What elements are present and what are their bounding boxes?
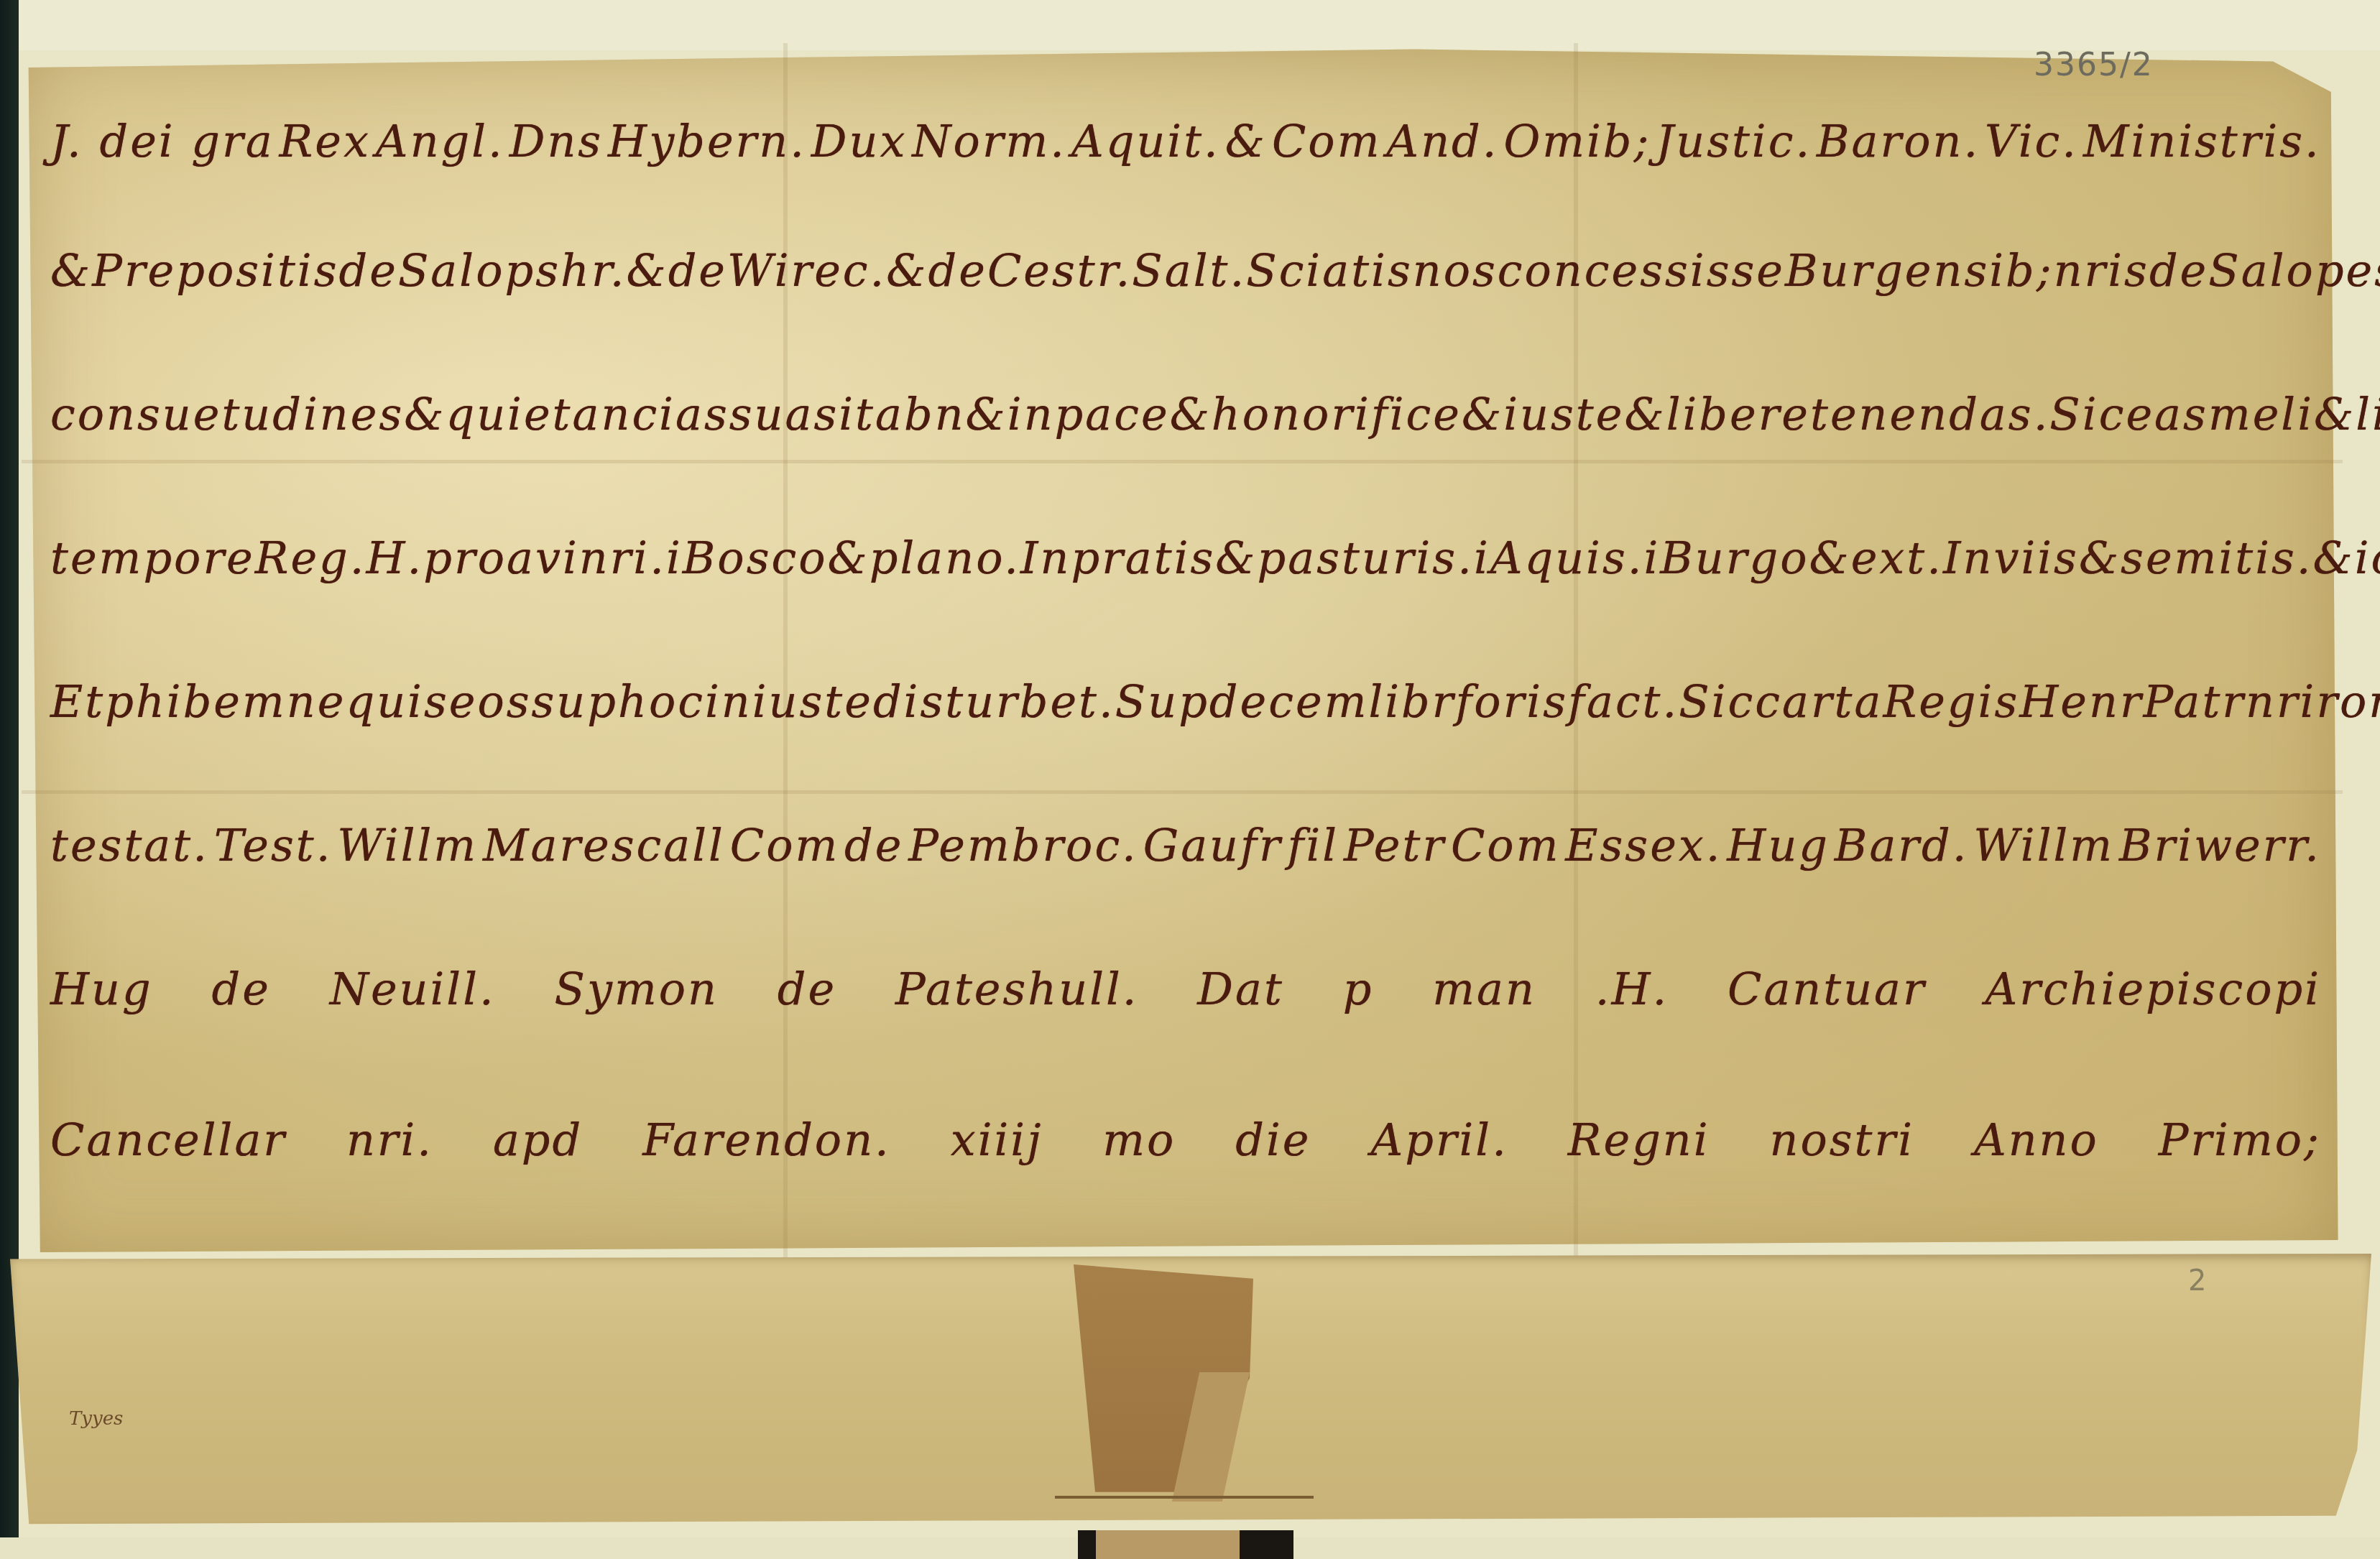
charter-word: nri. [579,532,666,584]
charter-word: tenendas. [1810,388,2049,440]
charter-word: tempore [50,532,255,584]
charter-word: Archiepiscopi [1985,963,2322,1015]
charter-word: & [1225,115,1267,167]
charter-word: pratis [1071,532,1216,584]
seal-tag-slit [1055,1496,1314,1499]
charter-word: .H. [1595,963,1669,1015]
charter-line-7: HugdeNeuill.SymondePateshull.Datpman.H.C… [50,963,2321,1015]
charter-line-1: J. dei graRexAngl.DnsHybern.DuxNorm.Aqui… [50,115,2321,167]
charter-word: H. [366,532,424,584]
charter-word: libere [1666,388,1810,440]
charter-line-8-dating-clause: Cancellarnri.apdFarendon.xiiijmodieApril… [50,1114,2321,1166]
charter-word: Hug [1727,819,1830,871]
charter-word: sup [532,675,618,728]
charter-word: Aquit. [1071,115,1220,167]
charter-word: Burgensib; [1785,244,2054,297]
charter-word: Vic. [1985,115,2078,167]
charter-word: Justic. [1656,115,1812,167]
charter-word: Petr [1344,819,1446,871]
charter-word: quis [346,675,448,728]
charter-word: Hug [50,963,153,1015]
charter-word: de [2149,244,2208,297]
charter-word: Burgo [1660,532,1809,584]
charter-word: Patr [2144,675,2246,728]
charter-word: Hybern. [608,115,806,167]
charter-word: Com [730,819,840,871]
charter-word: de [928,244,987,297]
charter-word: ita [839,388,904,440]
charter-word: hoc [618,675,705,728]
charter-word: i [2355,532,2371,584]
charter-word: nostri [1770,1114,1914,1166]
charter-word: bn [904,388,966,440]
charter-word: Willm [1973,819,2114,871]
seal-tag-end [1096,1530,1240,1559]
archive-reference-number: 3365/2 [2034,47,2154,83]
fold-crease [1574,43,1578,1264]
charter-word: xiiij [951,1114,1043,1166]
charter-word: Dat [1197,963,1284,1015]
charter-word: & [1215,532,1257,584]
charter-word: liberius [2356,388,2380,440]
charter-word: nri. [346,1114,433,1166]
charter-word: de [844,819,903,871]
charter-word: iuste [1503,388,1624,440]
charter-word: honorifice [1212,388,1462,440]
charter-word: pasturis. [1258,532,1474,584]
charter-word: Briwerr. [2119,819,2321,871]
dorse-margin-note: Tyyes [69,1408,123,1430]
charter-word: Neuill. [330,963,496,1015]
charter-word: Sup [1115,675,1209,728]
charter-word: Aquis. [1490,532,1644,584]
charter-word: & [1462,388,1503,440]
charter-word: Gaufr [1143,819,1283,871]
charter-word: Primo; [2159,1114,2321,1166]
charter-word: Pembroc. [908,819,1138,871]
charter-word: omib; [2371,532,2380,584]
charter-word: & [1809,532,1850,584]
charter-word: ronablr [2316,675,2380,728]
charter-word: iniuste [705,675,873,728]
charter-word: carta [1755,675,1883,728]
charter-word: nri [2246,675,2316,728]
charter-word: Henr [2019,675,2143,728]
charter-word: forisfact. [1455,675,1679,728]
charter-word: Sic [2049,388,2126,440]
charter-word: And. [1386,115,1498,167]
charter-word: Test. [214,819,333,871]
charter-word: Norm. [912,115,1066,167]
charter-word: Ministris. [2083,115,2321,167]
charter-word: semitis. [2121,532,2312,584]
charter-word: viis [1993,532,2079,584]
charter-word: Reg. [255,532,366,584]
charter-word: fil [1287,819,1339,871]
charter-line-4: temporeReg.H.proavinri.iBosco&plano.Inpr… [50,532,2321,584]
charter-word: Essex. [1565,819,1722,871]
charter-line-5: Etphibemnequiseossuphociniustedisturbet.… [50,675,2321,728]
charter-word: Dux [811,115,908,167]
charter-word: de [778,963,836,1015]
charter-word: Cantuar [1728,963,1927,1015]
charter-word: Regni [1568,1114,1710,1166]
charter-word: Angl. [376,115,504,167]
charter-line-2: &PrepositisdeSalopshr.&deWirec.&deCestr.… [50,244,2321,297]
charter-word: Farendon. [642,1114,891,1166]
charter-word: & [1624,388,1666,440]
charter-word: nos [1413,244,1498,297]
charter-word: & [2313,532,2355,584]
flap-pencil-mark: 2 [2188,1264,2206,1297]
charter-word: In [1020,532,1071,584]
charter-word: mo [1102,1114,1176,1166]
charter-word: die [1235,1114,1311,1166]
charter-word: consuetudines [50,388,404,440]
charter-word: phibem [105,675,287,728]
charter-word: de [338,244,397,297]
charter-word: Pateshull. [895,963,1139,1015]
charter-word: proavi [423,532,578,584]
charter-word: Prepositis [92,244,338,297]
charter-word: Com [1272,115,1382,167]
charter-word: apd [493,1114,583,1166]
charter-word: Dns [509,115,603,167]
charter-word: Baron. [1817,115,1980,167]
charter-word: meli [2208,388,2314,440]
charter-word: J. dei gra [50,115,275,167]
charter-word: Willm [337,819,478,871]
charter-word: p [1343,963,1374,1015]
charter-word: decem [1209,675,1369,728]
charter-word: Symon [555,963,719,1015]
charter-word: & [404,388,446,440]
charter-word: de [211,963,270,1015]
charter-word: in [1007,388,1055,440]
charter-word: Omib; [1503,115,1651,167]
charter-word: concessisse [1498,244,1785,297]
charter-word: Et [50,675,105,728]
fold-crease [783,43,788,1264]
charter-word: testat. [50,819,209,871]
charter-word: Salopshr. [398,244,627,297]
charter-word: Rex [280,115,371,167]
charter-word: i [666,532,683,584]
charter-word: Cancellar [50,1114,287,1166]
charter-word: April. [1370,1114,1508,1166]
charter-word: ext. [1851,532,1943,584]
charter-word: Marescall [483,819,725,871]
charter-word: & [2079,532,2121,584]
charter-word: plano. [870,532,1020,584]
charter-word: & [886,244,928,297]
charter-word: eos [449,675,532,728]
charter-word: Sic [1679,675,1755,728]
charter-word: Bard. [1835,819,1969,871]
charter-word: libr [1368,675,1455,728]
charter-word: de [668,244,727,297]
mount-background [19,0,2380,50]
fold-crease [22,460,2343,463]
charter-word: ne [287,675,346,728]
charter-word: & [2314,388,2356,440]
charter-word: Salopesberia [2208,244,2380,297]
charter-word: & [966,388,1007,440]
charter-word: & [626,244,668,297]
charter-word: Salt. [1132,244,1246,297]
charter-word: & [50,244,92,297]
charter-word: & [828,532,870,584]
charter-word: quietancias [446,388,729,440]
fold-crease [22,790,2343,794]
charter-line-6: testat.Test.WillmMarescallComdePembroc.G… [50,819,2321,871]
charter-word: In [1943,532,1993,584]
charter-word: i [1643,532,1660,584]
charter-line-3: consuetudines&quietanciassuasitabn&inpac… [50,388,2321,440]
charter-word: Sciatis [1246,244,1413,297]
charter-word: suas [729,388,839,440]
charter-word: Wirec. [727,244,886,297]
charter-parchment [22,43,2343,1264]
charter-word: Bosco [683,532,828,584]
charter-word: Cestr. [987,244,1132,297]
charter-word: Anno [1974,1114,2099,1166]
charter-word: Regis [1883,675,2020,728]
charter-word: i [1474,532,1490,584]
charter-word: pace [1055,388,1170,440]
charter-word: nris [2054,244,2149,297]
charter-word: Com [1451,819,1561,871]
charter-word: eas [2126,388,2208,440]
charter-word: disturbet. [873,675,1115,728]
charter-word: man [1432,963,1536,1015]
charter-word: & [1170,388,1212,440]
